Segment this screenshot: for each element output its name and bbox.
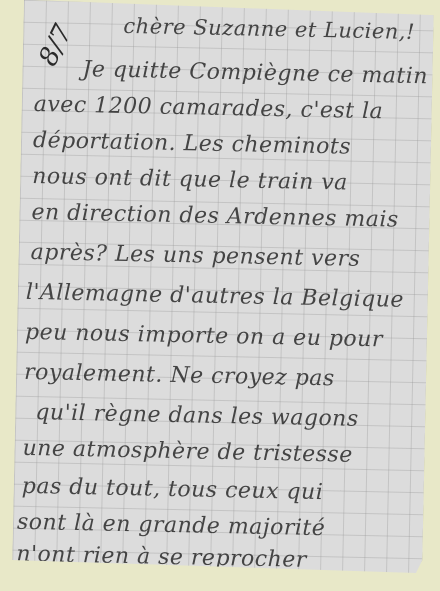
letter-line: déportation. Les cheminots — [33, 128, 352, 160]
salutation: chère Suzanne et Lucien,! — [123, 14, 415, 44]
letter-line: sont là en grande majorité — [17, 510, 326, 541]
date-note: 8/7 — [33, 20, 78, 71]
letter-line: n'ont rien à se reprocher — [16, 542, 307, 573]
letter-line: l'Allemagne d'autres la Belgique — [26, 280, 405, 313]
letter-line: après? Les uns pensent vers — [30, 240, 360, 272]
letter-line: nous ont dit que le train va — [32, 164, 348, 196]
letter-line: une atmosphère de tristesse — [22, 436, 353, 468]
letter-line: Je quitte Compiègne ce matin — [82, 57, 428, 89]
letter-line: peu nous importe on a eu pour — [25, 320, 383, 352]
letter-line: en direction des Ardennes mais — [31, 200, 399, 233]
letter-line: avec 1200 camarades, c'est la — [34, 92, 384, 124]
letter-line: pas du tout, tous ceux qui — [22, 474, 324, 505]
letter-line: royalement. Ne croyez pas — [24, 360, 335, 391]
letter-page: 8/7 chère Suzanne et Lucien,! Je quitte … — [12, 0, 434, 574]
letter-line: qu'il règne dans les wagons — [35, 400, 359, 432]
